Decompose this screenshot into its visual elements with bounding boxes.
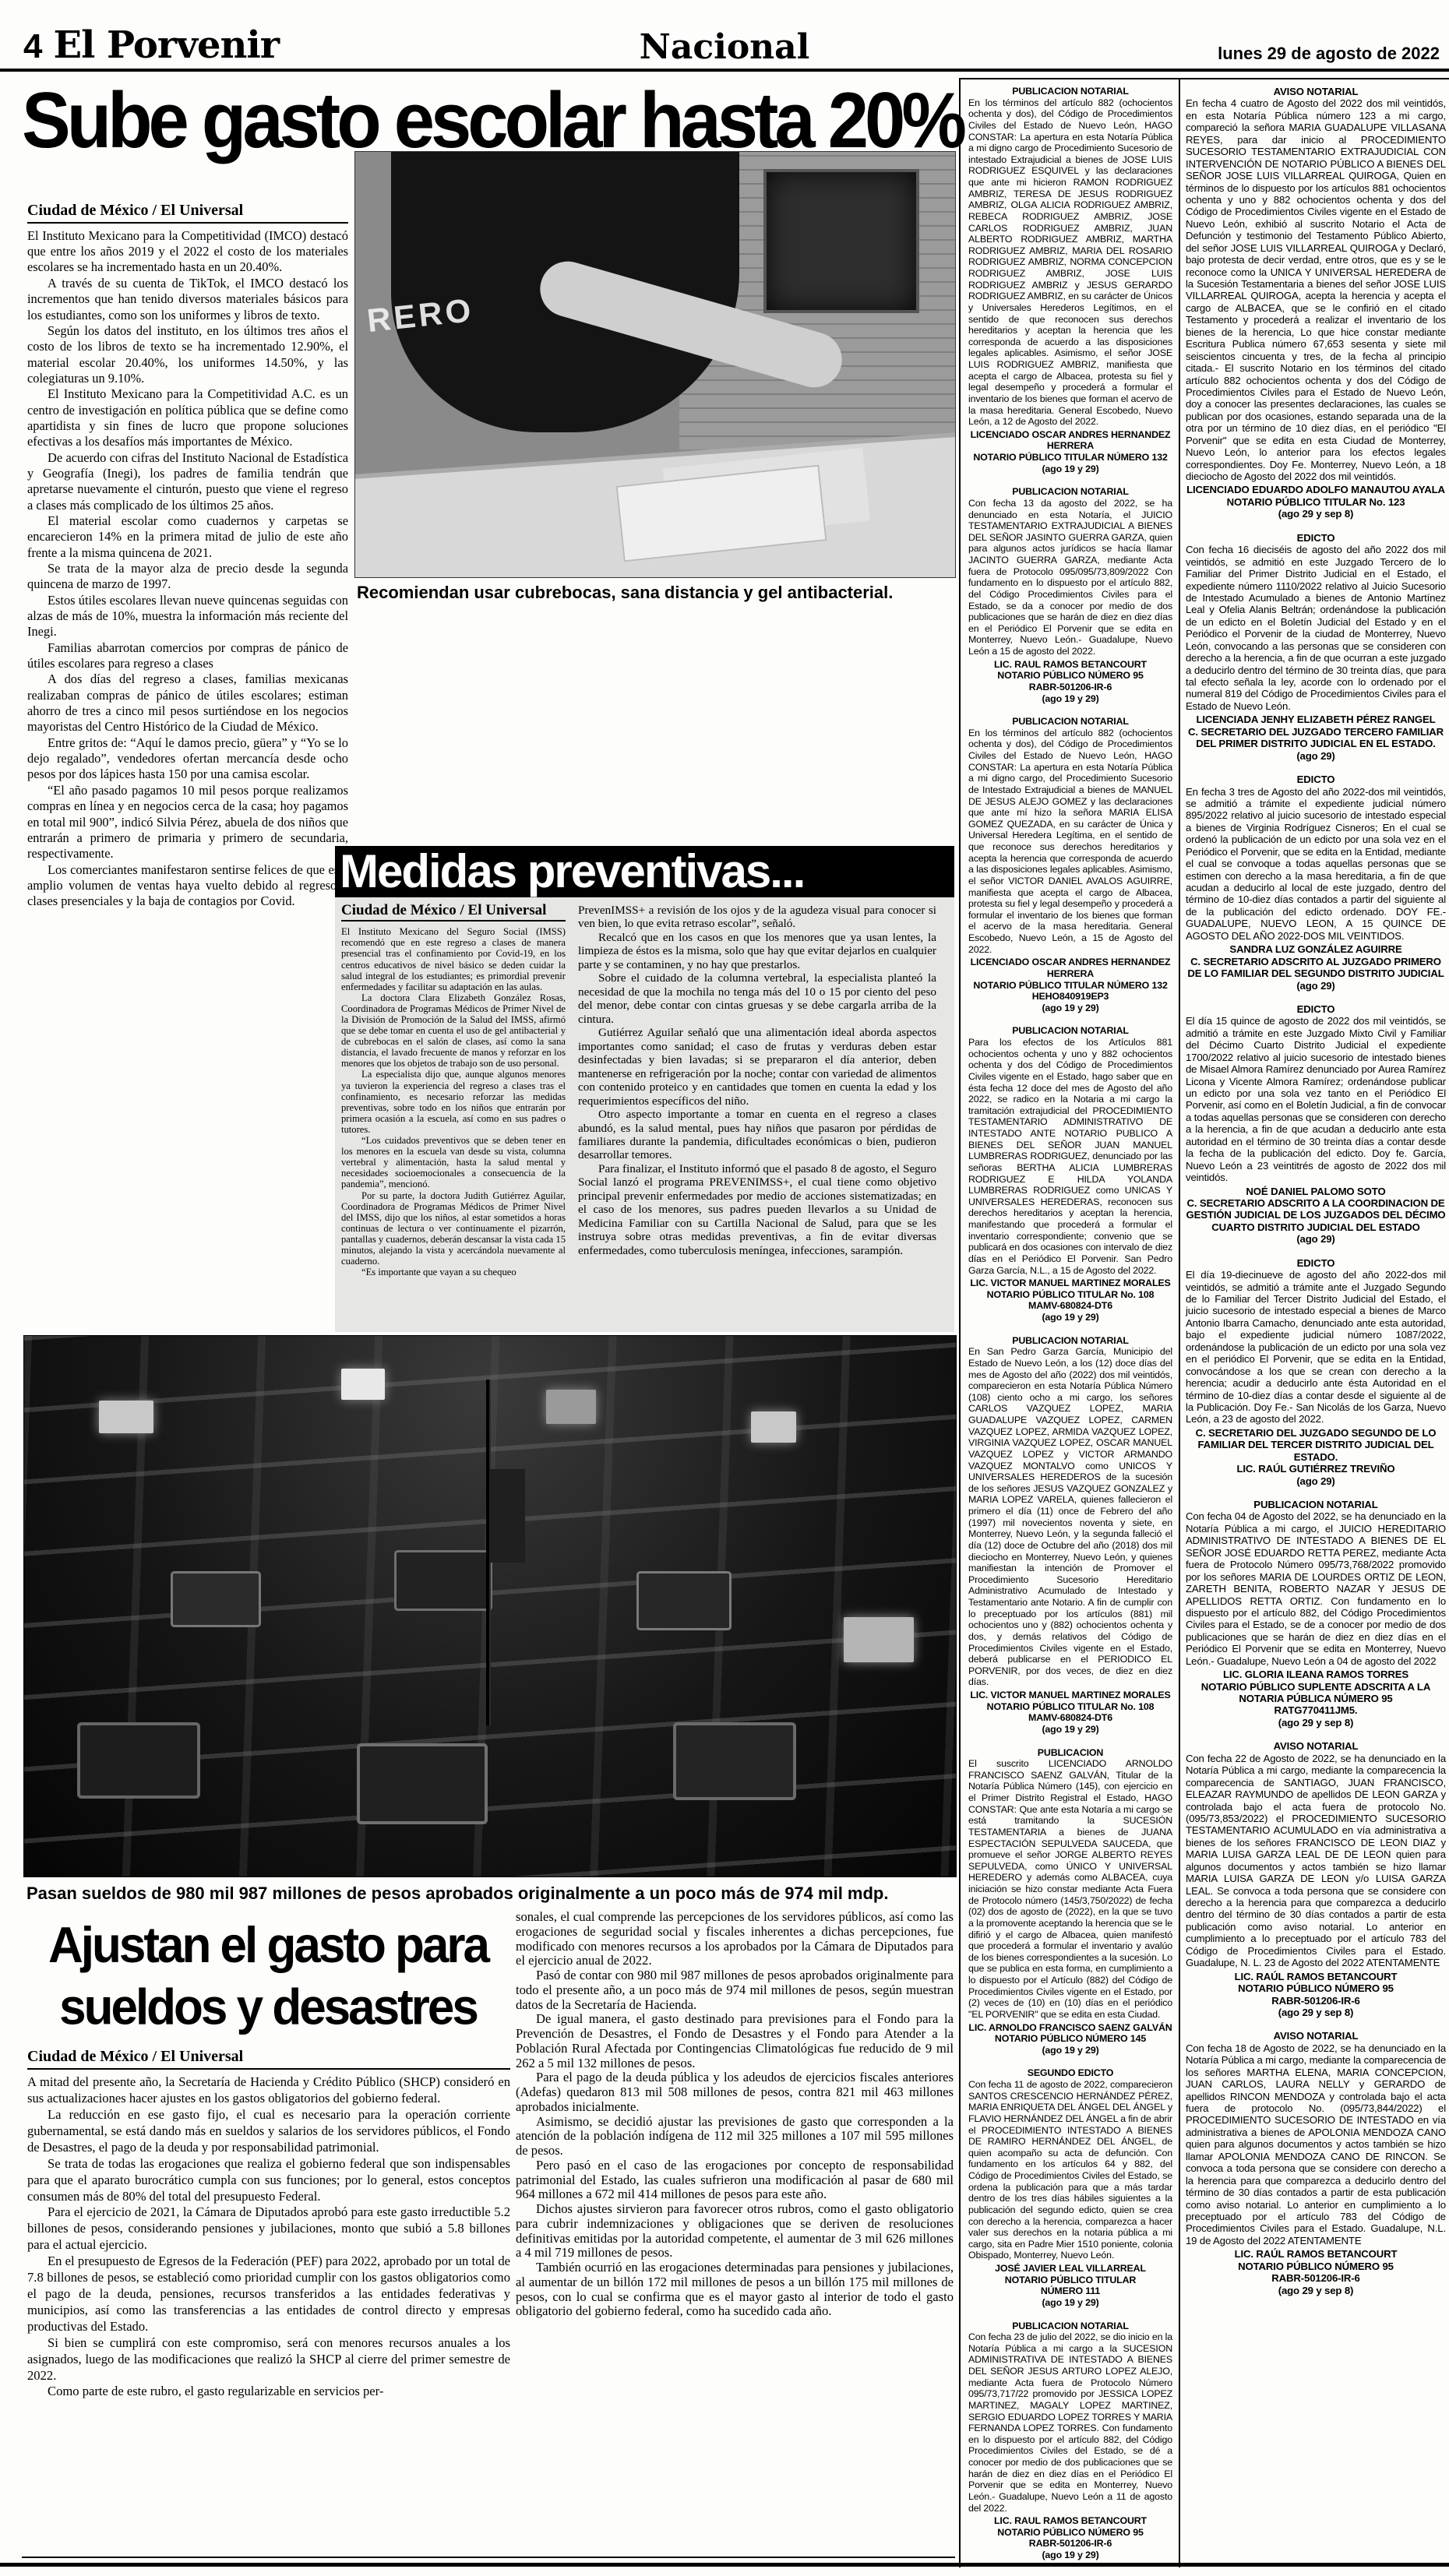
- notice-body: En los términos del artículo 882 (ochoci…: [968, 728, 1172, 956]
- notice-body: Con fecha 23 de julio del 2022, se dio i…: [968, 2331, 1172, 2514]
- headline-line1: Ajustan el gasto para: [23, 1915, 513, 1976]
- article-medidas-col1: Ciudad de México / El Universal El Insti…: [341, 902, 566, 1277]
- notice-signature: SANDRA LUZ GONZÁLEZ AGUIRRE C. SECRETARI…: [1186, 943, 1446, 992]
- notice-body: El día 19-diecinueve de agosto del año 2…: [1186, 1269, 1446, 1425]
- paragraph: Recalcó que en los casos en que los meno…: [578, 931, 936, 971]
- notice-heading: PUBLICACION NOTARIAL: [968, 1025, 1172, 1037]
- paragraph: La reducción en ese gasto fijo, el cual …: [27, 2107, 510, 2156]
- paragraph: A dos días del regreso a clases, familia…: [27, 671, 348, 735]
- paragraph: El Instituto Mexicano del Seguro Social …: [341, 926, 566, 992]
- legal-notice: EDICTO El día 19-diecinueve de agosto de…: [1186, 1257, 1446, 1487]
- paragraph: Según los datos del instituto, en los úl…: [27, 323, 348, 386]
- photo-legislative-chamber: [23, 1335, 957, 1877]
- paragraph: Como parte de este rubro, el gasto regul…: [27, 2384, 510, 2400]
- notice-signature: LICENCIADO OSCAR ANDRES HERNANDEZ HERRER…: [968, 429, 1172, 475]
- legal-notice: EDICTO Con fecha 16 dieciséis de agosto …: [1186, 532, 1446, 762]
- article-ajustan-main: Ciudad de México / El Universal A mitad …: [27, 2047, 510, 2400]
- paragraph: Se trata de la mayor alza de precio desd…: [27, 561, 348, 593]
- notice-body: Con fecha 13 da agosto del 2022, se ha d…: [968, 498, 1172, 657]
- article-body: A mitad del presente año, la Secretaría …: [27, 2074, 510, 2400]
- headline-line2: sueldos y desastres: [23, 1976, 513, 2038]
- notice-heading: EDICTO: [1186, 1003, 1446, 1015]
- notice-signature: LIC. RAÚL RAMOS BETANCOURT NOTARIO PÚBLI…: [1186, 1971, 1446, 2019]
- legal-notice: PUBLICACION El suscrito LICENCIADO ARNOL…: [968, 1747, 1172, 2056]
- notice-body: El día 15 quince de agosto de 2022 dos m…: [1186, 1015, 1446, 1183]
- notice-heading: AVISO NOTARIAL: [1186, 86, 1446, 97]
- paragraph: Si bien se cumplirá con este compromiso,…: [27, 2335, 510, 2384]
- legal-notice: AVISO NOTARIAL Con fecha 22 de Agosto de…: [1186, 1740, 1446, 2018]
- notice-signature: NOÉ DANIEL PALOMO SOTO C. SECRETARIO ADS…: [1186, 1186, 1446, 1246]
- notice-signature: LIC. ARNOLDO FRANCISCO SAENZ GALVÁN NOTA…: [968, 2022, 1172, 2056]
- paragraph: Para el pago de la deuda pública y los a…: [516, 2070, 954, 2114]
- notice-signature: LIC. RAUL RAMOS BETANCOURT NOTARIO PÚBLI…: [968, 2515, 1172, 2561]
- legal-notice: AVISO NOTARIAL Con fecha 18 de Agosto de…: [1186, 2030, 1446, 2296]
- notice-heading: SEGUNDO EDICTO: [968, 2067, 1172, 2079]
- legal-top-rule: [959, 78, 1449, 79]
- notice-heading: AVISO NOTARIAL: [1186, 1740, 1446, 1752]
- notice-body: Con fecha 04 de Agosto del 2022, se ha d…: [1186, 1510, 1446, 1667]
- notice-heading: PUBLICACION: [968, 1747, 1172, 1759]
- byline: Ciudad de México / El Universal: [27, 201, 348, 224]
- article-body: sonales, el cual comprende las percepcio…: [516, 1910, 954, 2319]
- paragraph: La doctora Clara Elizabeth González Rosa…: [341, 992, 566, 1070]
- paragraph: Pero pasó en el caso de las erogaciones …: [516, 2158, 954, 2202]
- paragraph: De igual manera, el gasto destinado para…: [516, 2012, 954, 2070]
- paragraph: El Instituto Mexicano para la Competitiv…: [27, 386, 348, 449]
- paragraph: De acuerdo con cifras del Instituto Naci…: [27, 450, 348, 513]
- notice-body: El suscrito LICENCIADO ARNOLDO FRANCISCO…: [968, 1758, 1172, 2020]
- notice-body: Para los efectos de los Artículos 881 oc…: [968, 1037, 1172, 1276]
- notice-body: En San Pedro Garza García, Municipio del…: [968, 1346, 1172, 1688]
- article-sube-gasto: Ciudad de México / El Universal El Insti…: [27, 201, 348, 910]
- paragraph: Para el ejercicio de 2021, la Cámara de …: [27, 2204, 510, 2254]
- article-body: El Instituto Mexicano del Seguro Social …: [341, 926, 566, 1277]
- legal-notice: PUBLICACION NOTARIAL En San Pedro Garza …: [968, 1335, 1172, 1736]
- article-ajustan-col3: sonales, el cual comprende las percepcio…: [516, 1910, 954, 2319]
- paragraph: El material escolar como cuadernos y car…: [27, 513, 348, 561]
- paragraph: Sobre el cuidado de la columna vertebral…: [578, 971, 936, 1026]
- legal-notice: PUBLICACION NOTARIAL En los términos del…: [968, 716, 1172, 1013]
- notice-heading: PUBLICACION NOTARIAL: [968, 2321, 1172, 2332]
- notice-signature: LIC. VICTOR MANUEL MARTINEZ MORALES NOTA…: [968, 1690, 1172, 1736]
- paragraph: A través de su cuenta de TikTok, el IMCO…: [27, 276, 348, 323]
- bottom-thick-rule: [0, 2563, 1449, 2567]
- column-rule: [1179, 78, 1180, 2567]
- article-body: El Instituto Mexicano para la Competitiv…: [27, 228, 348, 910]
- paragraph: PrevenIMSS+ a revisión de los ojos y de …: [578, 904, 936, 931]
- paragraph: Estos útiles escolares llevan nueve quin…: [27, 593, 348, 640]
- notice-body: Con fecha 16 dieciséis de agosto del año…: [1186, 544, 1446, 712]
- notice-body: Con fecha 11 de agosto de 2022, comparec…: [968, 2079, 1172, 2261]
- headline-ajustan-gasto: Ajustan el gasto para sueldos y desastre…: [23, 1915, 513, 2039]
- legal-notice: AVISO NOTARIAL En fecha 4 cuatro de Agos…: [1186, 86, 1446, 520]
- byline: Ciudad de México / El Universal: [27, 2047, 510, 2070]
- legal-notice: PUBLICACION NOTARIAL Con fecha 04 de Ago…: [1186, 1499, 1446, 1728]
- notice-heading: PUBLICACION NOTARIAL: [968, 486, 1172, 498]
- legal-notice: PUBLICACION NOTARIAL Para los efectos de…: [968, 1025, 1172, 1323]
- notice-heading: PUBLICACION NOTARIAL: [968, 86, 1172, 97]
- notice-signature: LIC. RAUL RAMOS BETANCOURT NOTARIO PÚBLI…: [968, 659, 1172, 705]
- headline-medidas-preventivas: Medidas preventivas...: [335, 846, 954, 897]
- masthead: 4 El Porvenir Nacional lunes 29 de agost…: [0, 12, 1449, 67]
- paragraph: Entre gritos de: “Aquí le damos precio, …: [27, 735, 348, 783]
- paragraph: Los comerciantes manifestaron sentirse f…: [27, 862, 348, 910]
- notice-body: En los términos del artículo 882 (ochoci…: [968, 97, 1172, 428]
- notice-body: En fecha 3 tres de Agosto del año 2022-d…: [1186, 786, 1446, 943]
- newspaper-page: 4 El Porvenir Nacional lunes 29 de agost…: [0, 0, 1449, 2576]
- paragraph: Se trata de todas las erogaciones que re…: [27, 2156, 510, 2205]
- article-body: PrevenIMSS+ a revisión de los ojos y de …: [578, 904, 936, 1257]
- legal-notice: PUBLICACION NOTARIAL En los términos del…: [968, 86, 1172, 474]
- paragraph: Para finalizar, el Instituto informó que…: [578, 1162, 936, 1257]
- notice-signature: LICENCIADA JENHY ELIZABETH PÉREZ RANGEL …: [1186, 714, 1446, 762]
- paragraph: Dichos ajustes sirvieron para favorecer …: [516, 2202, 954, 2261]
- paragraph: La especialista dijo que, aunque algunos…: [341, 1069, 566, 1135]
- legal-notices-column-2: AVISO NOTARIAL En fecha 4 cuatro de Agos…: [1186, 86, 1446, 2308]
- photo2-caption: Pasan sueldos de 980 mil 987 millones de…: [26, 1884, 954, 1904]
- legal-notice: PUBLICACION NOTARIAL Con fecha 13 da ago…: [968, 486, 1172, 704]
- notice-signature: LIC. GLORIA ILEANA RAMOS TORRES NOTARIO …: [1186, 1669, 1446, 1728]
- bottom-thin-rule: [22, 2557, 955, 2558]
- paragraph: El Instituto Mexicano para la Competitiv…: [27, 228, 348, 276]
- paragraph: En el presupuesto de Egresos de la Feder…: [27, 2254, 510, 2335]
- legal-notice: PUBLICACION NOTARIAL Con fecha 23 de jul…: [968, 2321, 1172, 2561]
- paragraph: A mitad del presente año, la Secretaría …: [27, 2074, 510, 2107]
- notice-heading: EDICTO: [1186, 1257, 1446, 1269]
- monitor-glints: [24, 1336, 956, 1876]
- paragraph: “Es importante que vayan a su chequeo: [341, 1267, 566, 1277]
- article-medidas-col2: PrevenIMSS+ a revisión de los ojos y de …: [578, 904, 936, 1257]
- notice-heading: PUBLICACION NOTARIAL: [968, 716, 1172, 728]
- flag-pole: [486, 1380, 489, 1725]
- paragraph: “Los cuidados preventivos que se deben t…: [341, 1135, 566, 1189]
- notice-body: Con fecha 18 de Agosto de 2022, se ha de…: [1186, 2042, 1446, 2247]
- notice-heading: PUBLICACION NOTARIAL: [968, 1335, 1172, 1347]
- notice-signature: JOSÉ JAVIER LEAL VILLARREAL NOTARIO PÚBL…: [968, 2263, 1172, 2309]
- window: [763, 169, 919, 314]
- notice-body: En fecha 4 cuatro de Agosto del 2022 dos…: [1186, 97, 1446, 482]
- paragraph: Gutiérrez Aguilar señaló que una aliment…: [578, 1026, 936, 1108]
- byline: Ciudad de México / El Universal: [341, 902, 566, 922]
- photo-student-writing: RERO: [354, 151, 956, 578]
- notice-heading: EDICTO: [1186, 532, 1446, 544]
- legal-notice: EDICTO El día 15 quince de agosto de 202…: [1186, 1003, 1446, 1246]
- notice-heading: EDICTO: [1186, 774, 1446, 785]
- paragraph: Pasó de contar con 980 mil 987 millones …: [516, 1968, 954, 2012]
- paragraph: “El año pasado pagamos 10 mil pesos porq…: [27, 783, 348, 862]
- notice-signature: LIC. VICTOR MANUEL MARTINEZ MORALES NOTA…: [968, 1277, 1172, 1323]
- photo1-caption: Recomiendan usar cubrebocas, sana distan…: [357, 583, 954, 603]
- legal-notices-column-1: PUBLICACION NOTARIAL En los términos del…: [968, 86, 1172, 2573]
- legal-notice: SEGUNDO EDICTO Con fecha 11 de agosto de…: [968, 2067, 1172, 2308]
- notice-signature: C. SECRETARIO DEL JUZGADO SEGUNDO DE LO …: [1186, 1427, 1446, 1487]
- newspaper-name: El Porvenir: [53, 23, 279, 67]
- notice-signature: LICENCIADO EDUARDO ADOLFO MANAUTOU AYALA…: [1186, 484, 1446, 520]
- notice-heading: AVISO NOTARIAL: [1186, 2030, 1446, 2042]
- legal-notice: EDICTO En fecha 3 tres de Agosto del año…: [1186, 774, 1446, 992]
- notice-signature: LICENCIADO OSCAR ANDRES HERNANDEZ HERRER…: [968, 957, 1172, 1013]
- notice-body: Con fecha 22 de Agosto de 2022, se ha de…: [1186, 1753, 1446, 1969]
- masthead-rule: [0, 69, 1449, 72]
- notice-heading: PUBLICACION NOTARIAL: [1186, 1499, 1446, 1510]
- paragraph: Familias abarrotan comercios por compras…: [27, 640, 348, 672]
- notice-signature: LIC. RAÚL RAMOS BETANCOURT NOTARIO PÚBLI…: [1186, 2248, 1446, 2296]
- page-number: 4: [23, 27, 42, 66]
- column-rule: [959, 78, 961, 2567]
- edition-date: lunes 29 de agosto de 2022: [1218, 44, 1440, 64]
- paragraph: También ocurrió en las erogaciones deter…: [516, 2261, 954, 2319]
- paragraph: Por su parte, la doctora Judith Gutiérre…: [341, 1190, 566, 1267]
- paragraph: Otro aspecto importante a tomar en cuent…: [578, 1108, 936, 1162]
- section-title: Nacional: [640, 27, 810, 67]
- paragraph: Asimismo, se decidió ajustar las previsi…: [516, 2115, 954, 2158]
- paragraph: sonales, el cual comprende las percepcio…: [516, 1910, 954, 1968]
